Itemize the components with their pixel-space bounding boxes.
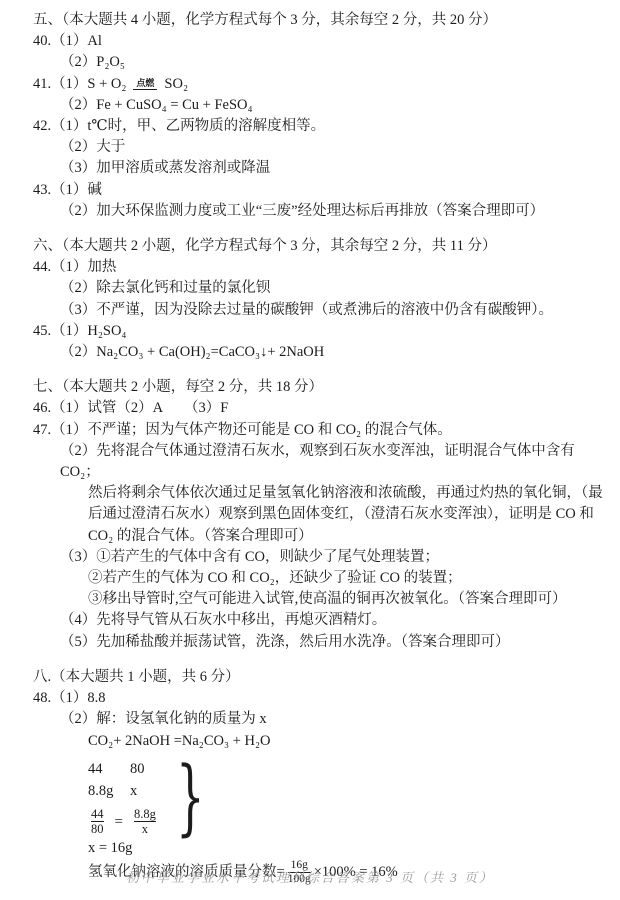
answer-47-3-item1: （3）①若产生的气体中含有 CO，则缺少了尾气处理装置； [33,547,606,568]
answer-44-2: （2）除去氯化钙和过量的氯化钡 [33,278,606,299]
equation-41-rhs: SO₂ [164,76,188,92]
answer-43-1: 43.（1）碱 [33,180,606,201]
answer-47-3-item3: ③移出导管时,空气可能进入试管,使高温的铜再次被氧化。（答案合理即可） [33,589,606,610]
curly-brace: } [176,760,205,836]
answer-44-3: （3）不严谨，因为没除去过量的碳酸钾（或煮沸后的溶液中仍含有碳酸钾）。 [33,300,606,321]
proportion-columns: 4480 8.8gx 4480 = 8.8gx [88,758,172,838]
answer-48-1: 48.（1）8.8 [33,688,606,709]
section-7: 七、（本大题共 2 小题，每空 2 分，共 18 分） 46.（1）试管（2）A… [33,377,606,653]
molar-mass-co2: 44 [88,758,130,780]
answer-41-2: （2）Fe + CuSO₄ = Cu + FeSO₄ [33,95,606,116]
equals-sign: = [115,811,123,833]
answer-47-2-line2: 然后将剩余气体依次通过足量氢氧化钠溶液和浓硫酸，再通过灼热的氧化铜，（最 [33,483,606,504]
section-8-heading: 八.（本大题共 1 小题，共 6 分） [33,667,606,688]
answer-41-1: 41.（1）S + O₂点燃SO₂ [33,74,606,95]
answer-43-2: （2）加大环保监测力度或工业“三废”经处理达标后再排放（答案合理即可） [33,201,606,222]
answer-47-5: （5）先加稀盐酸并振荡试管，洗涤，然后用水洗净。（答案合理即可） [33,632,606,653]
section-5: 五、（本大题共 4 小题，化学方程式每个 3 分，其余每空 2 分，共 20 分… [33,10,606,222]
page-footer: 初中毕业学业水平考试理科综合答案第 3 页（共 3 页） [0,867,620,886]
answer-47-4: （4）先将导气管从石灰水中移出，再熄灭酒精灯。 [33,610,606,631]
answer-47-2-line1: （2）先将混合气体通过澄清石灰水，观察到石灰水变浑浊，证明混合气体中含有 CO₂… [33,441,606,483]
answer-42-3: （3）加甲溶质或蒸发溶剂或降温 [33,158,606,179]
answer-44-1: 44.（1）加热 [33,257,606,278]
answer-46: 46.（1）试管（2）A （3）F [33,398,606,419]
fraction-right: 8.8gx [131,807,159,836]
given-mass-row: 8.8gx [88,780,172,802]
answer-45-2: （2）Na₂CO₃ + Ca(OH)₂=CaCO₃↓+ 2NaOH [33,342,606,363]
answer-45-1: 45.（1）H₂SO₄ [33,321,606,342]
answer-47-3-item2: ②若产生的气体为 CO 和 CO₂，还缺少了验证 CO 的装置； [33,568,606,589]
answer-sheet-page: 五、（本大题共 4 小题，化学方程式每个 3 分，其余每空 2 分，共 20 分… [0,0,620,900]
reaction-condition-label: 点燃 [133,78,157,90]
section-8: 八.（本大题共 1 小题，共 6 分） 48.（1）8.8 （2）解：设氢氧化钠… [33,667,606,886]
answer-40-2: （2）P₂O₅ [33,52,606,73]
proportion-working-block: 4480 8.8gx 4480 = 8.8gx } [88,758,228,838]
unknown-mass-x: x [130,780,172,802]
x-result: x = 16g [33,838,606,859]
answer-47-1: 47.（1）不严谨；因为气体产物还可能是 CO 和 CO₂ 的混合气体。 [33,420,606,441]
chemical-equation-48: CO₂+ 2NaOH =Na₂CO₃ + H₂O [33,731,606,752]
fraction-left-denominator: 80 [91,821,104,836]
section-5-heading: 五、（本大题共 4 小题，化学方程式每个 3 分，其余每空 2 分，共 20 分… [33,10,606,31]
answer-48-2-setup: （2）解：设氢氧化钠的质量为 x [33,709,606,730]
answer-47-2-line3: 后通过澄清石灰水）观察到黑色固体变红，（澄清石灰水变浑浊），证明是 CO 和 [33,504,606,525]
answer-42-1: 42.（1）t℃时，甲、乙两物质的溶解度相等。 [33,116,606,137]
answer-40-1: 40.（1）Al [33,31,606,52]
given-mass-co2: 8.8g [88,780,130,802]
answer-47-2-line4: CO₂ 的混合气体。（答案合理即可） [33,526,606,547]
answer-42-2: （2）大于 [33,137,606,158]
molar-mass-row: 4480 [88,758,172,780]
fraction-left: 4480 [88,807,107,836]
section-7-heading: 七、（本大题共 2 小题，每空 2 分，共 18 分） [33,377,606,398]
section-6-heading: 六、（本大题共 2 小题，化学方程式每个 3 分，其余每空 2 分，共 11 分… [33,236,606,257]
fraction-right-denominator: x [134,821,156,836]
molar-mass-naoh: 80 [130,758,172,780]
fraction-left-numerator: 44 [91,807,104,821]
proportion-equation: 4480 = 8.8gx [88,806,172,838]
section-6: 六、（本大题共 2 小题，化学方程式每个 3 分，其余每空 2 分，共 11 分… [33,236,606,363]
equation-41-lhs: 41.（1）S + O₂ [33,76,126,92]
fraction-right-numerator: 8.8g [134,807,156,821]
